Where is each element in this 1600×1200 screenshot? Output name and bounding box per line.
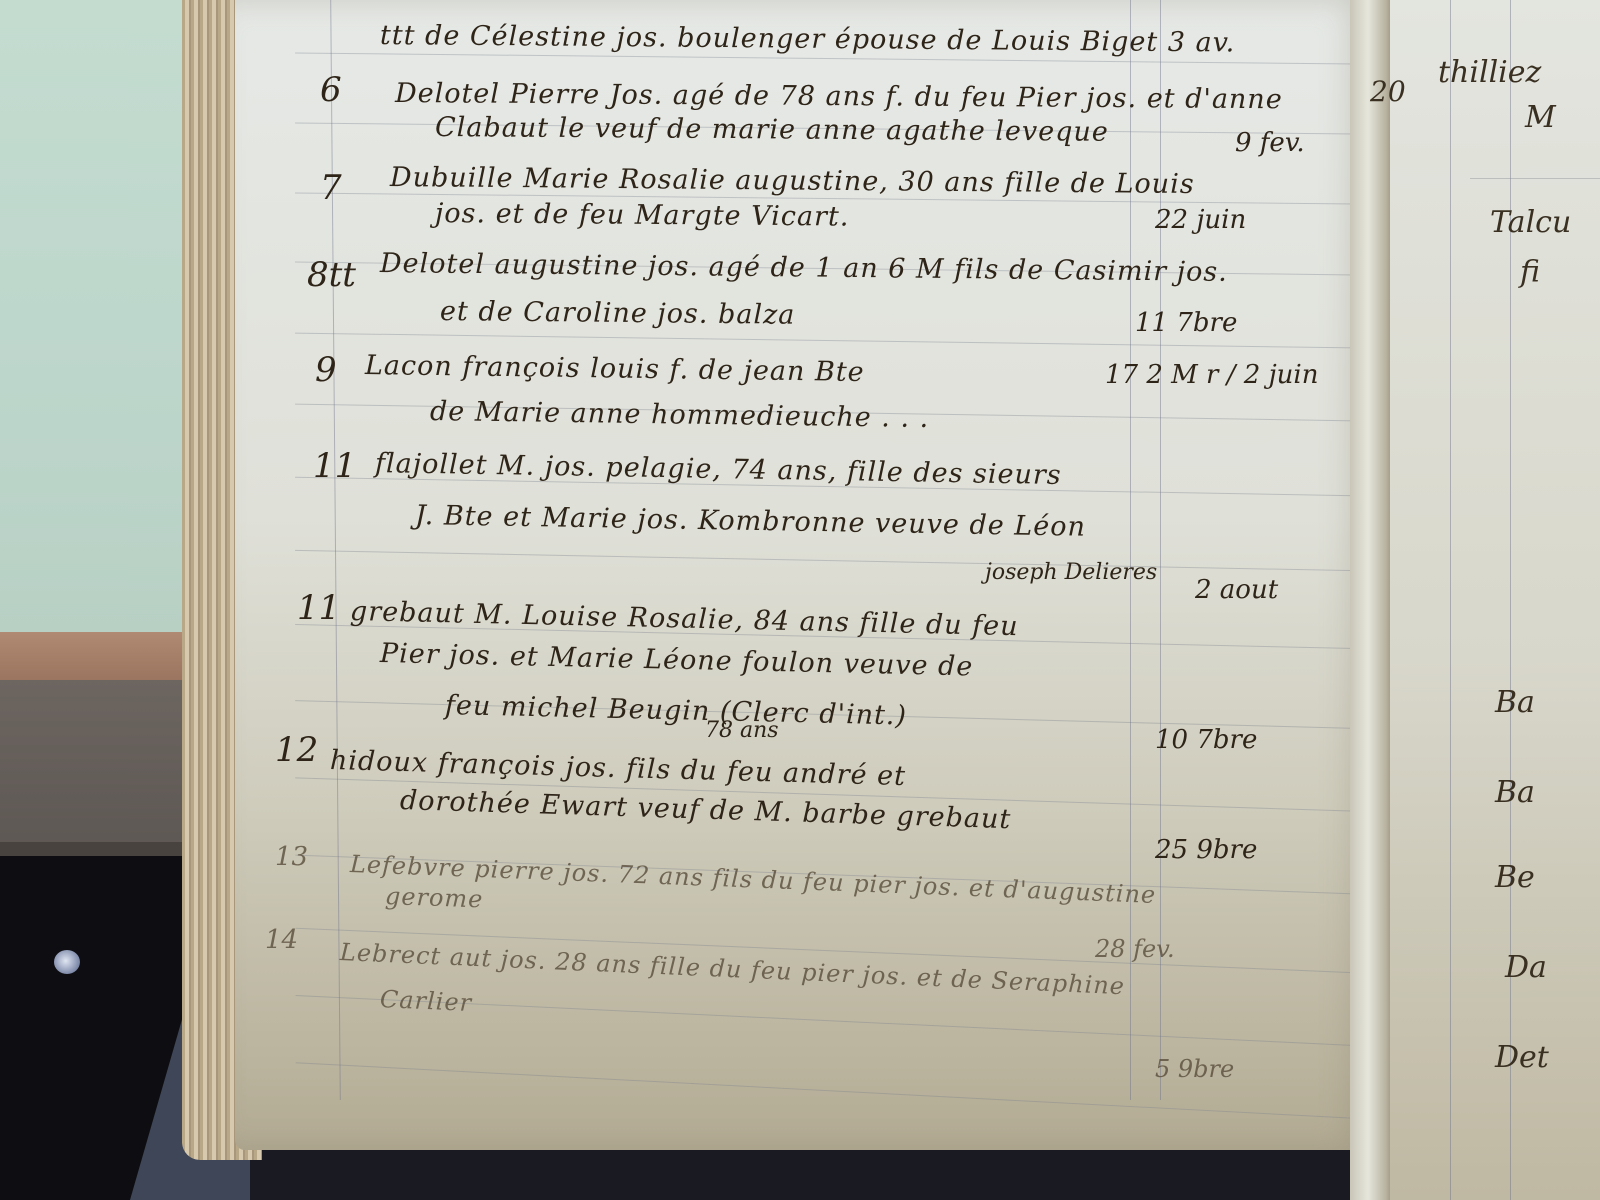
ruled-line <box>295 550 1355 571</box>
shelf <box>0 680 190 850</box>
entry-line: gerome <box>385 882 484 913</box>
right-page-fragment: M <box>1525 100 1556 135</box>
entry-number: 7 <box>320 168 342 208</box>
right-page-fragment: Ba <box>1495 685 1535 720</box>
ruled-line <box>1470 178 1600 179</box>
entry-line: Delotel augustine jos. agé de 1 an 6 M f… <box>380 248 1228 288</box>
entry-line: feu michel Beugin (Clerc d'int.) <box>445 690 908 731</box>
shelf-edge <box>0 632 200 680</box>
entry-number: 13 <box>275 842 308 872</box>
cabinet-knob <box>54 950 80 974</box>
entry-date: 9 fev. <box>1235 128 1305 158</box>
entry-date: 28 fev. <box>1095 935 1175 963</box>
entry-number: 8tt <box>307 255 356 295</box>
entry-number: 6 <box>320 70 342 110</box>
right-page-fragment: fi <box>1520 255 1540 290</box>
entry-line: Carlier <box>379 985 472 1017</box>
margin-rule <box>1510 0 1511 1200</box>
entry-annotation: joseph Delieres <box>985 560 1157 585</box>
entry-line: flajollet M. jos. pelagie, 74 ans, fille… <box>375 448 1062 491</box>
entry-line: Lacon françois louis f. de jean Bte <box>365 350 865 388</box>
entry-date: 17 2 M r / 2 juin <box>1105 360 1318 390</box>
entry-number: 11 <box>297 588 340 628</box>
entry-number: 12 <box>275 730 318 770</box>
right-page-fragment: Da <box>1505 950 1547 985</box>
right-page-fragment: Ba <box>1495 775 1535 810</box>
entry-number: 14 <box>265 925 298 955</box>
entry-date: 2 aout <box>1195 575 1278 605</box>
entry-date: 5 9bre <box>1155 1055 1234 1083</box>
margin-rule <box>1450 0 1451 1200</box>
entry-line: J. Bte et Marie jos. Kombronne veuve de … <box>415 500 1086 543</box>
right-page-fragment: thilliez <box>1438 55 1541 90</box>
entry-number: 9 <box>315 350 337 390</box>
book-gutter <box>1350 0 1395 1200</box>
entry-date: 11 7bre <box>1135 308 1237 338</box>
entry-line: ttt de Célestine jos. boulenger épouse d… <box>380 20 1236 58</box>
entry-line: grebaut M. Louise Rosalie, 84 ans fille … <box>350 596 1019 642</box>
entry-number: 11 <box>313 446 356 486</box>
entry-line: dorothée Ewart veuf de M. barbe grebaut <box>400 785 1012 835</box>
entry-date: 22 juin <box>1155 205 1246 235</box>
right-page-fragment: Talcu <box>1490 205 1571 240</box>
right-page-fragment: Be <box>1495 860 1535 895</box>
entry-line: Clabaut le veuf de marie anne agathe lev… <box>435 112 1109 148</box>
entry-date: 25 9bre <box>1155 835 1257 865</box>
entry-line: et de Caroline jos. balza <box>440 296 796 331</box>
entry-annotation: 78 ans <box>705 718 779 743</box>
register-right-page: 20 thilliez M Talcu fi Ba Ba Be Da Det <box>1390 0 1600 1200</box>
entry-line: Delotel Pierre Jos. agé de 78 ans f. du … <box>395 78 1283 115</box>
right-page-fragment: Det <box>1495 1040 1549 1075</box>
register-left-page: ttt de Célestine jos. boulenger épouse d… <box>235 0 1370 1150</box>
entry-line: Pier jos. et Marie Léone foulon veuve de <box>380 638 974 682</box>
entry-line: de Marie anne hommedieuche . . . <box>430 396 930 434</box>
right-page-fragment: 20 <box>1370 75 1406 108</box>
entry-line: jos. et de feu Margte Vicart. <box>435 198 850 233</box>
entry-date: 10 7bre <box>1155 725 1257 755</box>
shelf-lip <box>0 842 190 856</box>
